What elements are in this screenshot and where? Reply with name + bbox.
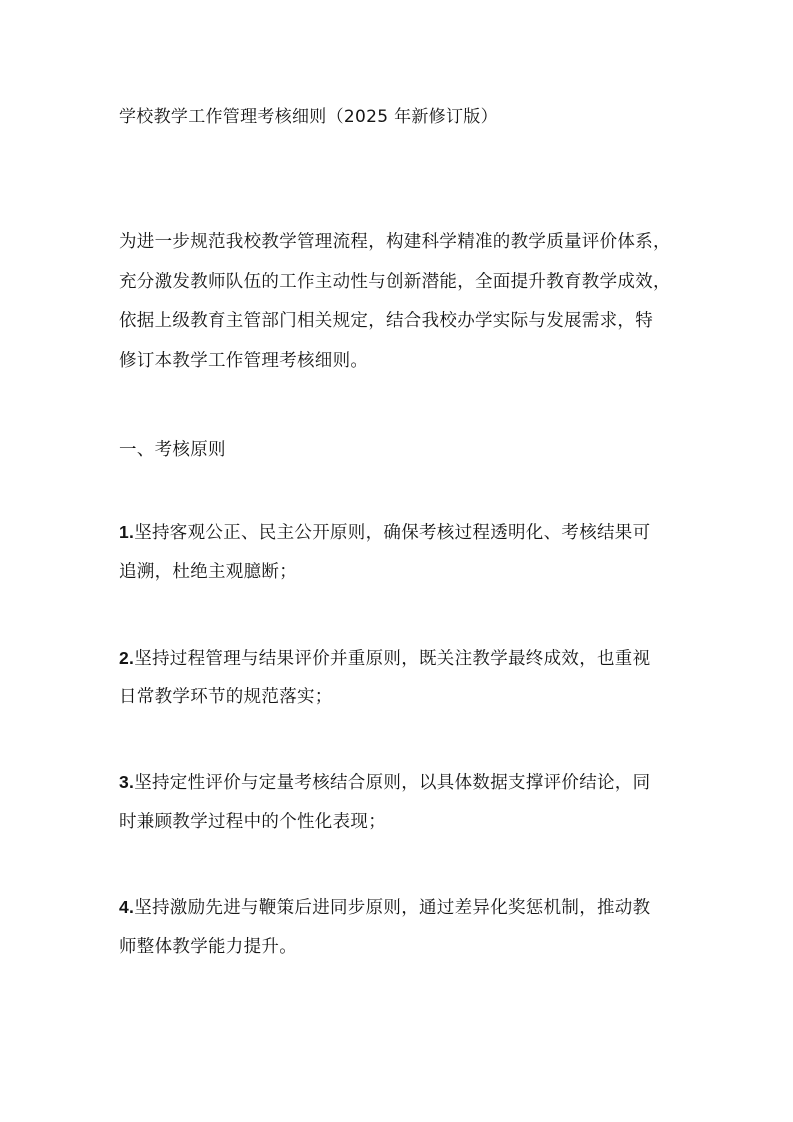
principle-number: 2. [119,648,134,668]
principle-number: 1. [119,522,134,542]
principle-2-line-1: 2.坚持过程管理与结果评价并重原则，既关注教学最终成效，也重视 [119,647,650,670]
principle-text: 坚持激励先进与鞭策后进同步原则，通过差异化奖惩机制，推动教 [134,898,650,918]
principle-1-line-2: 追溯，杜绝主观臆断； [119,561,297,583]
intro-line-2: 充分激发教师队伍的工作主动性与创新潜能，全面提升教育教学成效， [119,271,671,293]
intro-line-1: 为进一步规范我校教学管理流程，构建科学精准的教学质量评价体系， [119,231,671,253]
principle-text: 坚持定性评价与定量考核结合原则，以具体数据支撑评价结论，同 [134,773,650,793]
intro-line-3: 依据上级教育主管部门相关规定，结合我校办学实际与发展需求，特 [119,310,653,332]
principle-text: 坚持过程管理与结果评价并重原则，既关注教学最终成效，也重视 [134,649,650,669]
principle-3-line-1: 3.坚持定性评价与定量考核结合原则，以具体数据支撑评价结论，同 [119,771,650,794]
section-heading: 一、考核原则 [119,439,226,461]
principle-1-line-1: 1.坚持客观公正、民主公开原则，确保考核过程透明化、考核结果可 [119,521,650,544]
intro-line-4: 修订本教学工作管理考核细则。 [119,350,368,372]
principle-2-line-2: 日常教学环节的规范落实； [119,686,333,708]
principle-3-line-2: 时兼顾教学过程中的个性化表现； [119,811,386,833]
principle-4-line-2: 师整体教学能力提升。 [119,936,297,958]
principle-text: 坚持客观公正、民主公开原则，确保考核过程透明化、考核结果可 [134,523,650,543]
principle-number: 4. [119,897,134,917]
document-title: 学校教学工作管理考核细则（2025 年新修订版） [119,106,498,128]
principle-number: 3. [119,772,134,792]
document-page: 学校教学工作管理考核细则（2025 年新修订版） 为进一步规范我校教学管理流程，… [0,0,793,1122]
principle-4-line-1: 4.坚持激励先进与鞭策后进同步原则，通过差异化奖惩机制，推动教 [119,896,650,919]
